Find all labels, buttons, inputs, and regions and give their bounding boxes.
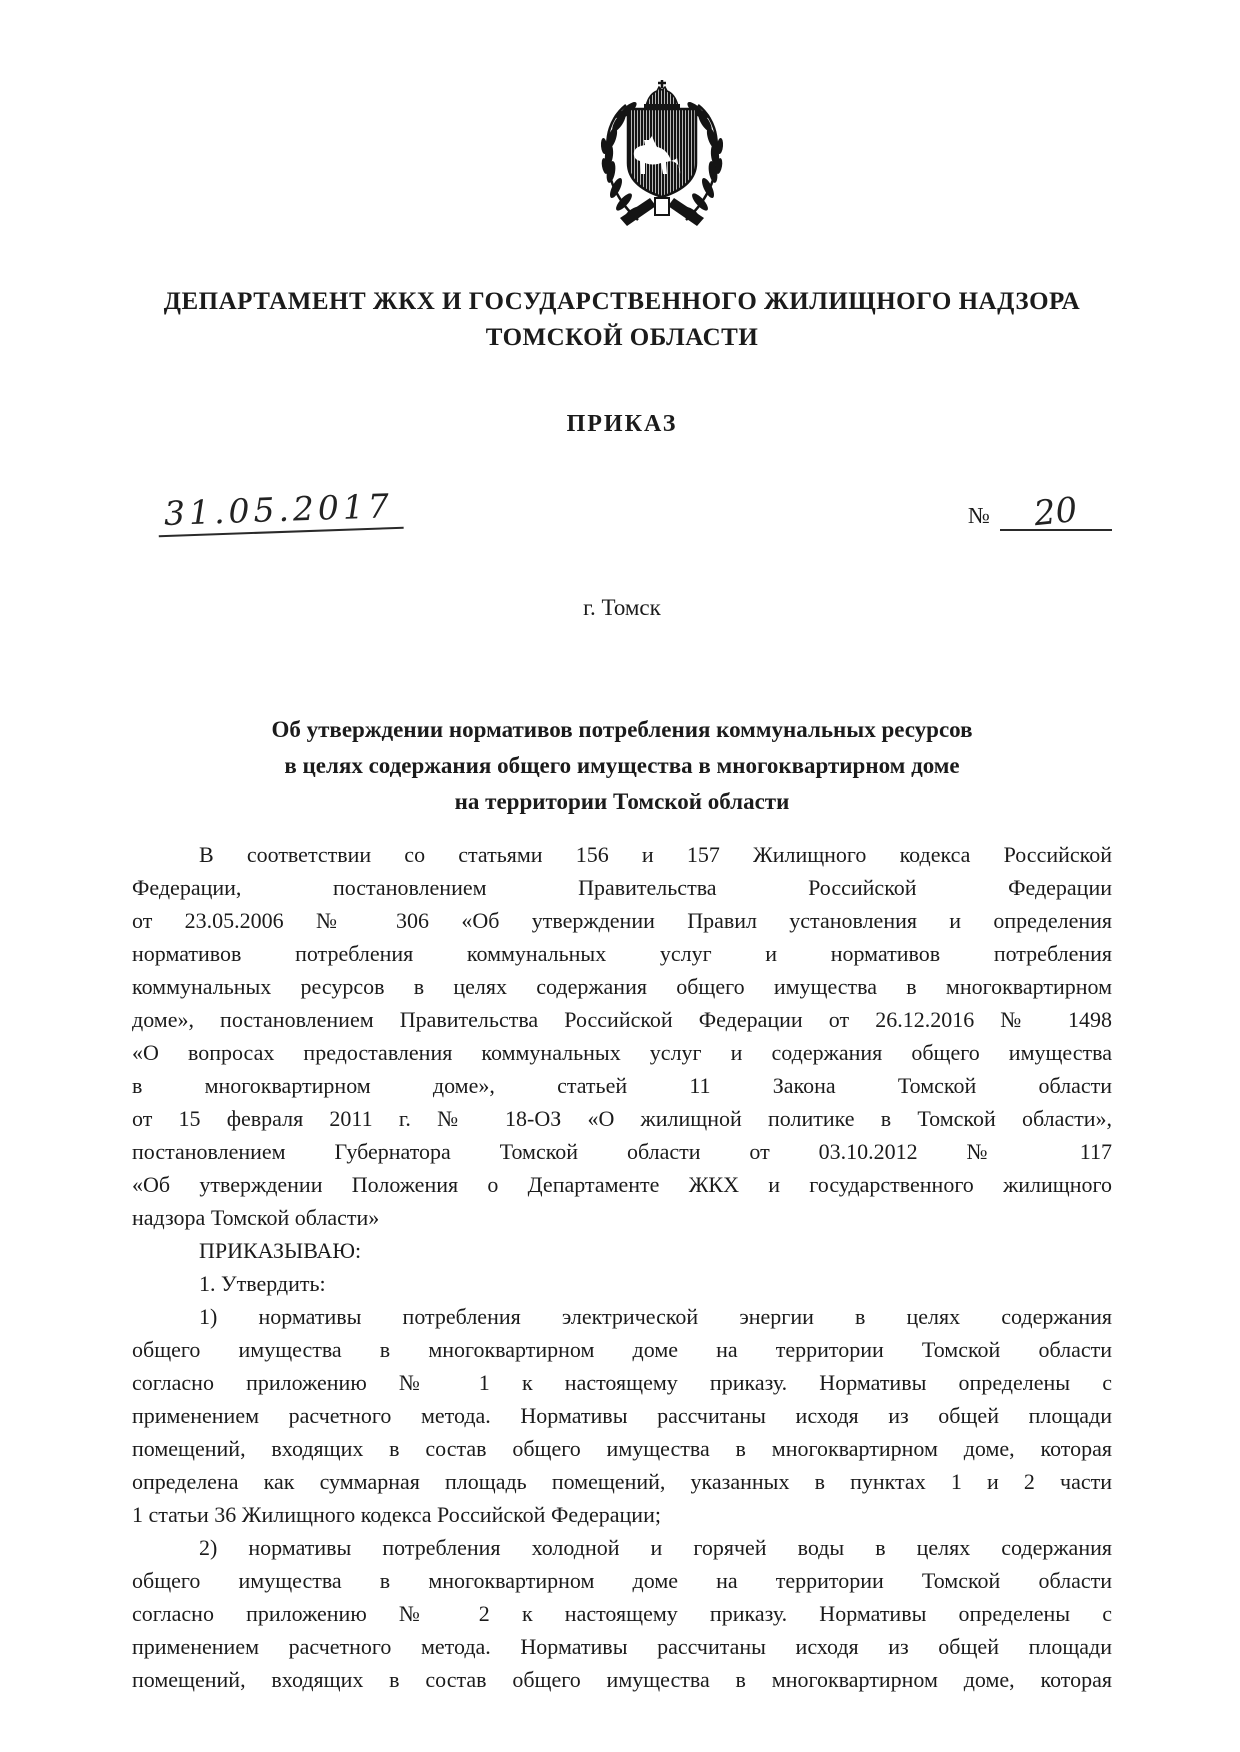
text-line: Об утверждении нормативов потребления ко… <box>132 712 1112 748</box>
text-line: согласно приложению № 1 к настоящему при… <box>132 1366 1112 1399</box>
document-number: № 20 <box>968 495 1112 533</box>
text-line: помещений, входящих в состав общего имущ… <box>132 1663 1112 1696</box>
text-line: применением расчетного метода. Нормативы… <box>132 1399 1112 1432</box>
text-line: надзора Томской области» <box>132 1201 1112 1234</box>
handwritten-date: 31.05.2017 <box>157 486 403 538</box>
order-word: ПРИКАЗЫВАЮ: <box>132 1234 1112 1267</box>
city-label: г. Томск <box>132 591 1112 624</box>
text-line: определена как суммарная площадь помещен… <box>132 1465 1112 1498</box>
ribbon-icon <box>620 198 704 226</box>
subject-heading: Об утверждении нормативов потребления ко… <box>132 712 1112 820</box>
text-line: нормативов потребления коммунальных услу… <box>132 937 1112 970</box>
org-name-line1: ДЕПАРТАМЕНТ ЖКХ И ГОСУДАРСТВЕННОГО ЖИЛИЩ… <box>132 284 1112 320</box>
text-line: «О вопросах предоставления коммунальных … <box>132 1036 1112 1069</box>
text-line: на территории Томской области <box>132 784 1112 820</box>
number-sign-label: № <box>968 501 990 531</box>
text-line: общего имущества в многоквартирном доме … <box>132 1333 1112 1366</box>
text-line: коммунальных ресурсов в целях содержания… <box>132 970 1112 1003</box>
text-line: «Об утверждении Положения о Департаменте… <box>132 1168 1112 1201</box>
item-1-paragraph: 1) нормативы потребления электрической э… <box>132 1300 1112 1531</box>
text-line: Федерации, постановлением Правительства … <box>132 871 1112 904</box>
text-line: помещений, входящих в состав общего имущ… <box>132 1432 1112 1465</box>
text-line: в целях содержания общего имущества в мн… <box>132 748 1112 784</box>
text-line: в многоквартирном доме», статьей 11 Зако… <box>132 1069 1112 1102</box>
emblem-area <box>172 78 1152 234</box>
date-number-row: 31.05.2017 № 20 <box>132 489 1112 533</box>
number-underline: 20 <box>1000 495 1112 531</box>
preamble-paragraph: В соответствии со статьями 156 и 157 Жил… <box>132 838 1112 1234</box>
text-line: общего имущества в многоквартирном доме … <box>132 1564 1112 1597</box>
approve-line: 1. Утвердить: <box>132 1267 1112 1300</box>
text-line: 2) нормативы потребления холодной и горя… <box>132 1531 1112 1564</box>
text-line: согласно приложению № 2 к настоящему при… <box>132 1597 1112 1630</box>
tomsk-oblast-coat-of-arms-icon <box>576 78 748 234</box>
text-line: В соответствии со статьями 156 и 157 Жил… <box>132 838 1112 871</box>
org-name: ДЕПАРТАМЕНТ ЖКХ И ГОСУДАРСТВЕННОГО ЖИЛИЩ… <box>132 284 1112 356</box>
text-line: от 23.05.2006 № 306 «Об утверждении Прав… <box>132 904 1112 937</box>
document-body: В соответствии со статьями 156 и 157 Жил… <box>132 838 1112 1696</box>
doc-type-title: ПРИКАЗ <box>132 408 1112 441</box>
handwritten-number: 20 <box>1033 493 1080 531</box>
text-line: постановлением Губернатора Томской облас… <box>132 1135 1112 1168</box>
org-name-line2: ТОМСКОЙ ОБЛАСТИ <box>132 320 1112 356</box>
text-line: применением расчетного метода. Нормативы… <box>132 1630 1112 1663</box>
text-line: 1 статьи 36 Жилищного кодекса Российской… <box>132 1498 1112 1531</box>
crown-icon <box>644 80 680 109</box>
scanned-order-document: ДЕПАРТАМЕНТ ЖКХ И ГОСУДАРСТВЕННОГО ЖИЛИЩ… <box>0 0 1240 1752</box>
text-line: 1) нормативы потребления электрической э… <box>132 1300 1112 1333</box>
text-line: от 15 февраля 2011 г. № 18-ОЗ «О жилищно… <box>132 1102 1112 1135</box>
text-line: доме», постановлением Правительства Росс… <box>132 1003 1112 1036</box>
item-2-paragraph: 2) нормативы потребления холодной и горя… <box>132 1531 1112 1696</box>
